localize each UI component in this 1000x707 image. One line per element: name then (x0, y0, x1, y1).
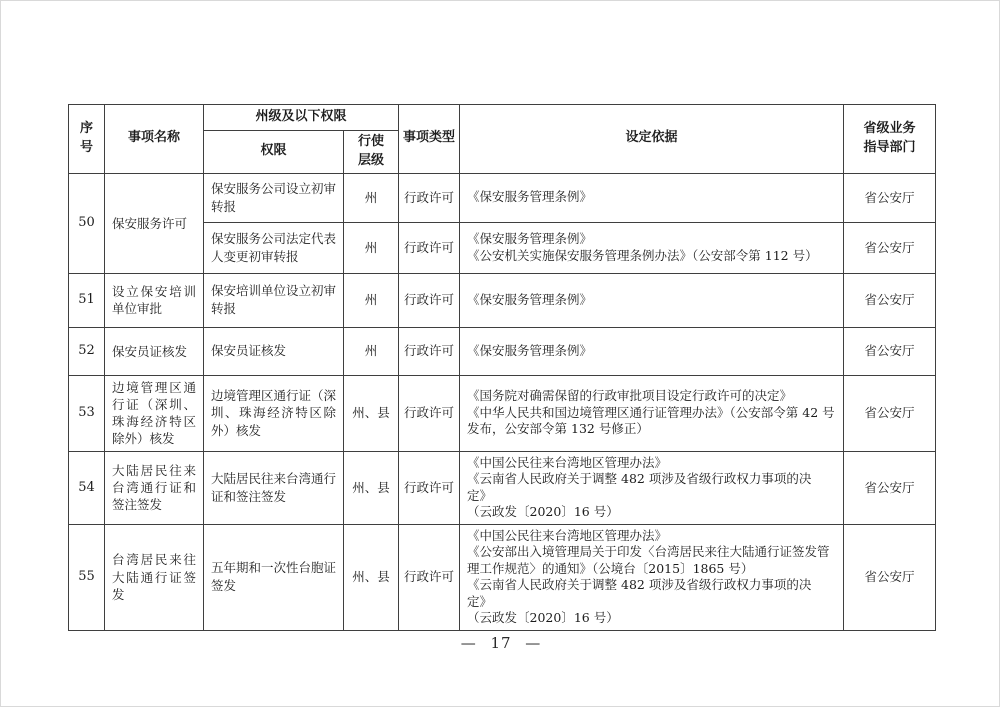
cell-item-name: 台湾居民来往大陆通行证签发 (105, 524, 204, 630)
cell-authority: 边境管理区通行证（深圳、珠海经济特区除外）核发 (204, 375, 344, 451)
cell-item-type: 行政许可 (399, 173, 460, 222)
cell-authority: 保安员证核发 (204, 327, 344, 375)
cell-basis: 《中国公民往来台湾地区管理办法》 《公安部出入境管理局关于印发〈台湾居民来往大陆… (460, 524, 844, 630)
cell-exercise-level: 州 (344, 327, 399, 375)
page-number: — 17 — (1, 634, 1000, 652)
table-row: 54 大陆居民往来台湾通行证和签注签发 大陆居民往来台湾通行证和签注签发 州、县… (69, 451, 936, 524)
header-item-type: 事项类型 (399, 105, 460, 174)
cell-serial: 51 (69, 273, 105, 327)
cell-authority: 保安培训单位设立初审转报 (204, 273, 344, 327)
cell-guidance-dept: 省公安厅 (844, 375, 936, 451)
cell-item-name: 大陆居民往来台湾通行证和签注签发 (105, 451, 204, 524)
header-item-name: 事项名称 (105, 105, 204, 174)
authority-items-table: 序 号 事项名称 州级及以下权限 事项类型 设定依据 省级业务 指导部门 权限 … (68, 104, 936, 631)
cell-exercise-level: 州、县 (344, 375, 399, 451)
cell-item-type: 行政许可 (399, 375, 460, 451)
cell-guidance-dept: 省公安厅 (844, 222, 936, 273)
cell-serial: 55 (69, 524, 105, 630)
header-basis: 设定依据 (460, 105, 844, 174)
table-row: 51 设立保安培训单位审批 保安培训单位设立初审转报 州 行政许可 《保安服务管… (69, 273, 936, 327)
cell-guidance-dept: 省公安厅 (844, 327, 936, 375)
cell-item-type: 行政许可 (399, 273, 460, 327)
cell-item-type: 行政许可 (399, 451, 460, 524)
cell-item-type: 行政许可 (399, 327, 460, 375)
cell-exercise-level: 州、县 (344, 524, 399, 630)
cell-item-name: 保安服务许可 (105, 173, 204, 273)
cell-basis: 《保安服务管理条例》 (460, 273, 844, 327)
cell-authority: 保安服务公司设立初审转报 (204, 173, 344, 222)
cell-basis: 《保安服务管理条例》 《公安机关实施保安服务管理条例办法》（公安部令第 112 … (460, 222, 844, 273)
table-row: 50 保安服务许可 保安服务公司设立初审转报 州 行政许可 《保安服务管理条例》… (69, 173, 936, 222)
table-row: 55 台湾居民来往大陆通行证签发 五年期和一次性台胞证签发 州、县 行政许可 《… (69, 524, 936, 630)
table-body: 50 保安服务许可 保安服务公司设立初审转报 州 行政许可 《保安服务管理条例》… (69, 173, 936, 630)
cell-item-type: 行政许可 (399, 222, 460, 273)
header-exercise-level: 行使 层级 (344, 131, 399, 174)
cell-exercise-level: 州 (344, 173, 399, 222)
header-row-1: 序 号 事项名称 州级及以下权限 事项类型 设定依据 省级业务 指导部门 (69, 105, 936, 131)
header-guidance-dept: 省级业务 指导部门 (844, 105, 936, 174)
cell-item-name: 保安员证核发 (105, 327, 204, 375)
cell-basis: 《保安服务管理条例》 (460, 173, 844, 222)
cell-serial: 52 (69, 327, 105, 375)
table-header: 序 号 事项名称 州级及以下权限 事项类型 设定依据 省级业务 指导部门 权限 … (69, 105, 936, 174)
cell-serial: 54 (69, 451, 105, 524)
cell-authority: 五年期和一次性台胞证签发 (204, 524, 344, 630)
header-authority-group: 州级及以下权限 (204, 105, 399, 131)
table-row: 52 保安员证核发 保安员证核发 州 行政许可 《保安服务管理条例》 省公安厅 (69, 327, 936, 375)
cell-basis: 《国务院对确需保留的行政审批项目设定行政许可的决定》 《中华人民共和国边境管理区… (460, 375, 844, 451)
cell-guidance-dept: 省公安厅 (844, 173, 936, 222)
cell-exercise-level: 州 (344, 222, 399, 273)
cell-guidance-dept: 省公安厅 (844, 451, 936, 524)
cell-exercise-level: 州 (344, 273, 399, 327)
cell-item-name: 设立保安培训单位审批 (105, 273, 204, 327)
cell-exercise-level: 州、县 (344, 451, 399, 524)
cell-authority: 大陆居民往来台湾通行证和签注签发 (204, 451, 344, 524)
cell-authority: 保安服务公司法定代表人变更初审转报 (204, 222, 344, 273)
cell-basis: 《保安服务管理条例》 (460, 327, 844, 375)
cell-basis: 《中国公民往来台湾地区管理办法》 《云南省人民政府关于调整 482 项涉及省级行… (460, 451, 844, 524)
document-page: 序 号 事项名称 州级及以下权限 事项类型 设定依据 省级业务 指导部门 权限 … (0, 0, 1000, 707)
cell-serial: 53 (69, 375, 105, 451)
cell-item-name: 边境管理区通行证（深圳、珠海经济特区除外）核发 (105, 375, 204, 451)
cell-serial: 50 (69, 173, 105, 273)
cell-item-type: 行政许可 (399, 524, 460, 630)
header-authority: 权限 (204, 131, 344, 174)
header-serial: 序 号 (69, 105, 105, 174)
table-row: 53 边境管理区通行证（深圳、珠海经济特区除外）核发 边境管理区通行证（深圳、珠… (69, 375, 936, 451)
cell-guidance-dept: 省公安厅 (844, 524, 936, 630)
cell-guidance-dept: 省公安厅 (844, 273, 936, 327)
